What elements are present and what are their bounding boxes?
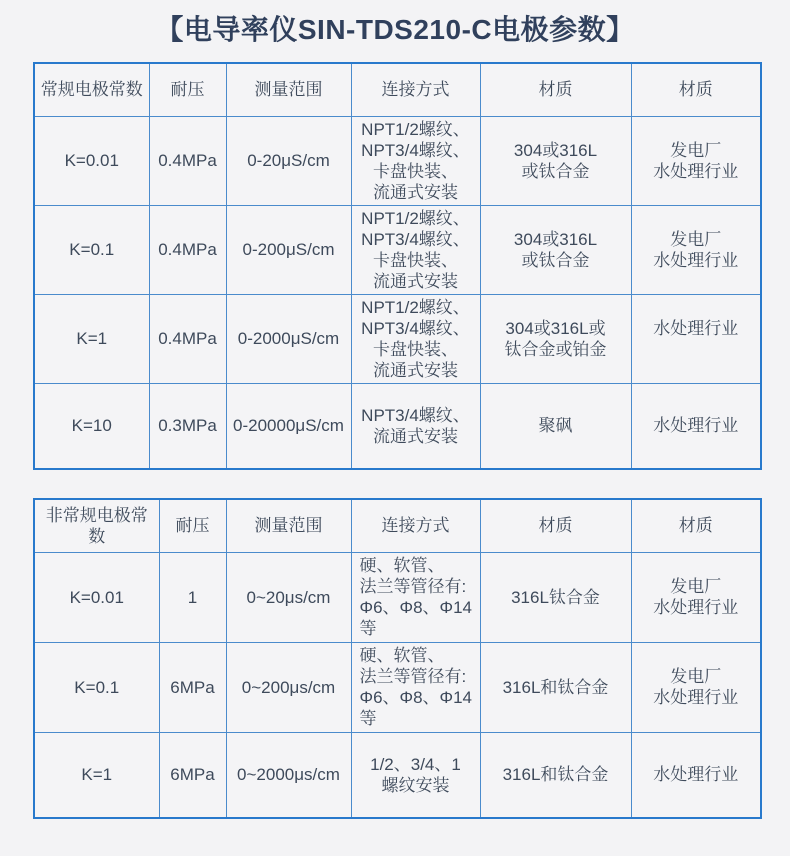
table-cell: 0~200μs/cm [226, 642, 351, 732]
header-cell: 耐压 [159, 499, 226, 552]
header-cell: 常规电极常数 [34, 63, 149, 116]
table-cell: 0~20μs/cm [226, 552, 351, 642]
table-cell: 0-200μS/cm [226, 205, 351, 294]
header-cell: 测量范围 [226, 499, 351, 552]
page-background: 【电导率仪SIN-TDS210-C电极参数】 常规电极常数耐压测量范围连接方式材… [0, 0, 790, 856]
header-cell: 耐压 [149, 63, 226, 116]
table-cell: NPT3/4螺纹、 流通式安装 [351, 383, 480, 469]
table-cell: 316L和钛合金 [480, 642, 631, 732]
table-cell: 316L钛合金 [480, 552, 631, 642]
table-row: K=100.3MPa0-20000μS/cmNPT3/4螺纹、 流通式安装聚砜水… [34, 383, 761, 469]
table-cell: 发电厂 水处理行业 [631, 642, 761, 732]
table-cell: 0~2000μs/cm [226, 732, 351, 818]
table-cell: K=0.1 [34, 205, 149, 294]
table-cell: 0-20000μS/cm [226, 383, 351, 469]
table-row: K=0.0110~20μs/cm硬、软管、 法兰等管径有: Φ6、Φ8、Φ14 … [34, 552, 761, 642]
table-cell: 发电厂 水处理行业 [631, 116, 761, 205]
table-cell: 304或316L 或钛合金 [480, 116, 631, 205]
table-cell: K=0.01 [34, 116, 149, 205]
table-cell: K=10 [34, 383, 149, 469]
table-cell: 水处理行业 [631, 294, 761, 383]
table-cell: 0-2000μS/cm [226, 294, 351, 383]
table-cell: K=0.1 [34, 642, 159, 732]
table-cell: 0.3MPa [149, 383, 226, 469]
header-cell: 非常规电极常数 [34, 499, 159, 552]
table-cell: NPT1/2螺纹、 NPT3/4螺纹、 卡盘快装、 流通式安装 [351, 294, 480, 383]
table-cell: 316L和钛合金 [480, 732, 631, 818]
header-cell: 材质 [480, 499, 631, 552]
table-cell: K=1 [34, 732, 159, 818]
header-cell: 连接方式 [351, 499, 480, 552]
table-cell: 0-20μS/cm [226, 116, 351, 205]
table-cell: K=1 [34, 294, 149, 383]
table-cell: 6MPa [159, 732, 226, 818]
table-row: K=10.4MPa0-2000μS/cmNPT1/2螺纹、 NPT3/4螺纹、 … [34, 294, 761, 383]
table-cell: 0.4MPa [149, 205, 226, 294]
table-cell: NPT1/2螺纹、 NPT3/4螺纹、 卡盘快装、 流通式安装 [351, 116, 480, 205]
header-cell: 材质 [631, 499, 761, 552]
nonconventional-electrode-table-body: K=0.0110~20μs/cm硬、软管、 法兰等管径有: Φ6、Φ8、Φ14 … [34, 552, 761, 818]
table-cell: 发电厂 水处理行业 [631, 552, 761, 642]
table-cell: 6MPa [159, 642, 226, 732]
table-row: K=16MPa0~2000μs/cm1/2、3/4、1 螺纹安装316L和钛合金… [34, 732, 761, 818]
conventional-electrode-table-body: K=0.010.4MPa0-20μS/cmNPT1/2螺纹、 NPT3/4螺纹、… [34, 116, 761, 469]
table-cell: 水处理行业 [631, 383, 761, 469]
table-cell: 0.4MPa [149, 294, 226, 383]
header-cell: 材质 [480, 63, 631, 116]
header-row: 非常规电极常数耐压测量范围连接方式材质材质 [34, 499, 761, 552]
table-row: K=0.16MPa0~200μs/cm硬、软管、 法兰等管径有: Φ6、Φ8、Φ… [34, 642, 761, 732]
table-cell: 硬、软管、 法兰等管径有: Φ6、Φ8、Φ14 等 [351, 552, 480, 642]
table-cell: 0.4MPa [149, 116, 226, 205]
conventional-electrode-table-header: 常规电极常数耐压测量范围连接方式材质材质 [34, 63, 761, 116]
header-row: 常规电极常数耐压测量范围连接方式材质材质 [34, 63, 761, 116]
table-row: K=0.010.4MPa0-20μS/cmNPT1/2螺纹、 NPT3/4螺纹、… [34, 116, 761, 205]
header-cell: 材质 [631, 63, 761, 116]
table-cell: 304或316L 或钛合金 [480, 205, 631, 294]
table-cell: K=0.01 [34, 552, 159, 642]
table-cell: 聚砜 [480, 383, 631, 469]
nonconventional-electrode-table-header: 非常规电极常数耐压测量范围连接方式材质材质 [34, 499, 761, 552]
table-cell: 发电厂 水处理行业 [631, 205, 761, 294]
table-cell: NPT1/2螺纹、 NPT3/4螺纹、 卡盘快装、 流通式安装 [351, 205, 480, 294]
header-cell: 测量范围 [226, 63, 351, 116]
table-cell: 304或316L或 钛合金或铂金 [480, 294, 631, 383]
nonconventional-electrode-table: 非常规电极常数耐压测量范围连接方式材质材质 K=0.0110~20μs/cm硬、… [33, 498, 762, 819]
table-cell: 1 [159, 552, 226, 642]
table-row: K=0.10.4MPa0-200μS/cmNPT1/2螺纹、 NPT3/4螺纹、… [34, 205, 761, 294]
table-cell: 水处理行业 [631, 732, 761, 818]
page-title: 【电导率仪SIN-TDS210-C电极参数】 [0, 10, 790, 50]
conventional-electrode-table: 常规电极常数耐压测量范围连接方式材质材质 K=0.010.4MPa0-20μS/… [33, 62, 762, 470]
table-cell: 硬、软管、 法兰等管径有: Φ6、Φ8、Φ14 等 [351, 642, 480, 732]
table-cell: 1/2、3/4、1 螺纹安装 [351, 732, 480, 818]
header-cell: 连接方式 [351, 63, 480, 116]
